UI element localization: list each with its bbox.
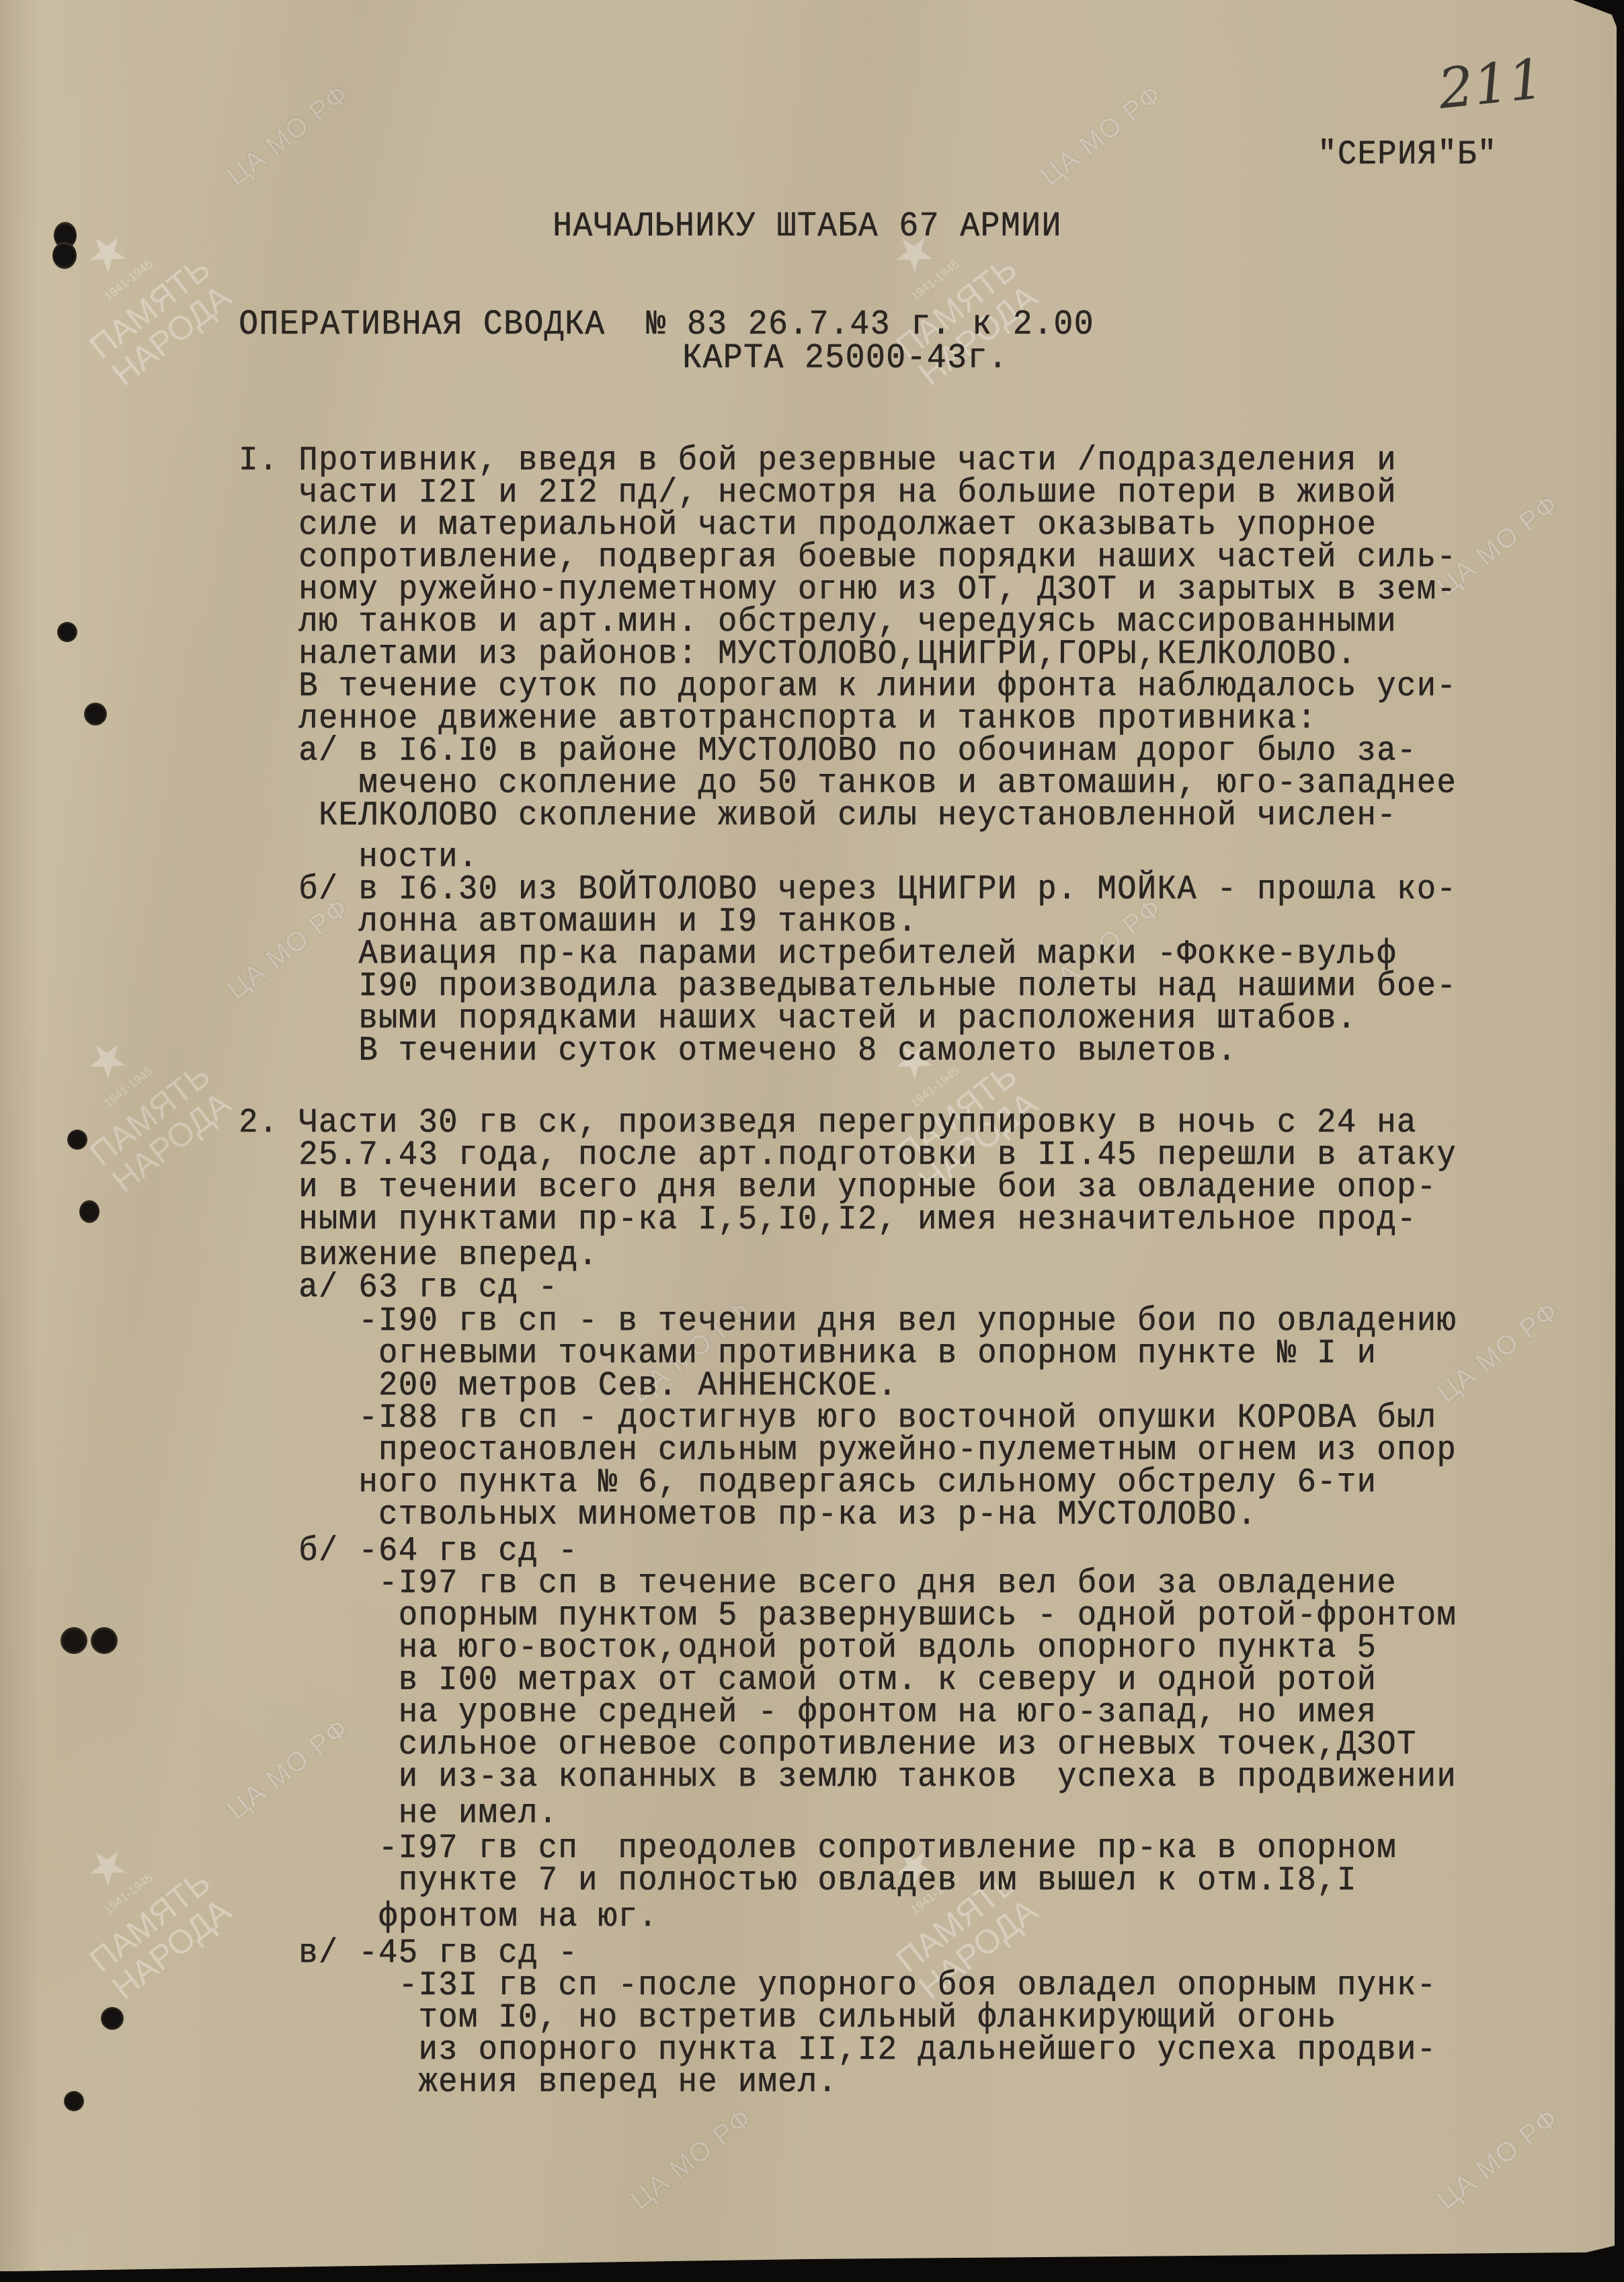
- watermark-archive: ЦА МО РФ: [1432, 2102, 1565, 2215]
- text-line: из опорного пункта II,I2 дальнейшего усп…: [239, 2033, 1436, 2068]
- text-line: ного пункта № 6, подвергаясь сильному об…: [239, 1466, 1377, 1500]
- text-line: -I90 гв сп - в течении дня вел упорные б…: [239, 1304, 1457, 1339]
- series-label: "СЕРИЯ"Б": [1317, 138, 1497, 172]
- text-line: сильное огневое сопротивление из огневых…: [239, 1728, 1417, 1762]
- text-line: в I00 метрах от самой отм. к северу и од…: [239, 1663, 1377, 1698]
- addressee: НАЧАЛЬНИКУ ШТАБА 67 АРМИИ: [553, 210, 1062, 244]
- binder-hole: [101, 2007, 124, 2030]
- text-line: а/ в I6.I0 в районе МУСТОЛОВО по обочина…: [239, 734, 1417, 769]
- text-line: огневыми точками противника в опорном пу…: [239, 1337, 1377, 1371]
- text-line: В течение суток по дорогам к линии фронт…: [239, 670, 1457, 704]
- binder-hole: [52, 242, 77, 269]
- text-line: жения вперед не имел.: [239, 2065, 838, 2100]
- text-line: 2. Части 30 гв ск, произведя перегруппир…: [239, 1106, 1417, 1140]
- watermark-memory: ★ 1941-1945 ПАМЯТЬ НАРОДА: [40, 1809, 238, 2006]
- text-line: опорным пунктом 5 развернувшись - одной …: [239, 1599, 1457, 1633]
- text-line: лю танков и арт.мин. обстрелу, чередуясь…: [239, 605, 1397, 639]
- text-line: и в течении всего дня вели упорные бои з…: [239, 1171, 1436, 1205]
- map-reference: КАРТА 25000-43г.: [682, 342, 1008, 376]
- text-line: КЕЛКОЛОВО скопление живой силы неустанов…: [239, 799, 1397, 833]
- text-line: фронтом на юг.: [239, 1900, 658, 1934]
- text-line: б/ -64 гв сд -: [239, 1534, 578, 1569]
- page-number-handwritten: 211: [1435, 47, 1547, 122]
- star-icon: ★: [40, 1809, 173, 1924]
- text-line: преостановлен сильным ружейно-пулеметным…: [239, 1433, 1457, 1468]
- report-title: ОПЕРАТИВНАЯ СВОДКА № 83 26.7.43 г. к 2.0…: [239, 308, 1094, 342]
- document-page: ЦА МО РФ ЦА МО РФ ЦА МО РФ ЦА МО РФ ЦА М…: [0, 0, 1617, 2271]
- star-icon: ★: [40, 1002, 173, 1117]
- text-line: а/ 63 гв сд -: [239, 1271, 558, 1305]
- binder-hole: [79, 1200, 99, 1223]
- text-line: б/ в I6.30 из ВОЙТОЛОВО через ЦНИГРИ р. …: [239, 873, 1457, 907]
- text-line: части I2I и 2I2 пд/, несмотря на большие…: [239, 476, 1397, 510]
- text-line: Авиация пр-ка парами истребителей марки …: [239, 937, 1397, 972]
- watermark-archive: ЦА МО РФ: [625, 2102, 758, 2215]
- text-line: силе и материальной части продолжает ока…: [239, 508, 1377, 543]
- text-line: на юго-восток,одной ротой вдоль опорного…: [239, 1631, 1377, 1665]
- text-line: в/ -45 гв сд -: [239, 1936, 578, 1971]
- text-line: и из-за копанных в землю танков успеха в…: [239, 1760, 1457, 1795]
- watermark-memory: ★ 1941-1945 ПАМЯТЬ НАРОДА: [40, 1002, 238, 1199]
- text-line: I. Противник, введя в бой резервные част…: [239, 444, 1397, 478]
- text-line: -I88 гв сп - достигнув юго восточной опу…: [239, 1401, 1436, 1435]
- text-line: сопротивление, подвергая боевые порядки …: [239, 541, 1457, 575]
- binder-hole: [84, 703, 107, 725]
- text-line: ности.: [239, 840, 478, 875]
- binder-hole: [57, 622, 77, 642]
- text-line: -I3I гв сп -после упорного боя овладел о…: [239, 1969, 1436, 2003]
- text-line: 200 метров Сев. АННЕНСКОЕ.: [239, 1369, 897, 1403]
- text-line: -I97 гв сп преодолев сопротивление пр-ка…: [239, 1832, 1397, 1866]
- text-line: налетами из районов: МУСТОЛОВО,ЦНИГРИ,ГО…: [239, 637, 1356, 672]
- binder-hole: [67, 1130, 87, 1150]
- text-line: не имел.: [239, 1797, 558, 1831]
- text-line: пункте 7 и полностью овладев им вышел к …: [239, 1864, 1356, 1898]
- text-line: ленное движение автотранспорта и танков …: [239, 702, 1317, 736]
- text-line: ствольных минометов пр-ка из р-на МУСТОЛ…: [239, 1498, 1257, 1532]
- text-line: лонна автомашин и I9 танков.: [239, 905, 918, 939]
- text-line: выми порядками наших частей и расположен…: [239, 1002, 1356, 1036]
- text-line: I90 производила разведывательные полеты …: [239, 970, 1457, 1004]
- watermark-archive: ЦА МО РФ: [222, 79, 355, 192]
- text-line: В течении суток отмечено 8 самолето выле…: [239, 1034, 1237, 1068]
- text-line: -I97 гв сп в течение всего дня вел бои з…: [239, 1567, 1397, 1601]
- text-line: ными пунктами пр-ка I,5,I0,I2, имея незн…: [239, 1203, 1417, 1237]
- text-line: том I0, но встретив сильный фланкирующий…: [239, 2001, 1337, 2035]
- watermark-archive: ЦА МО РФ: [1035, 79, 1168, 192]
- text-line: 25.7.43 года, после арт.подготовки в II.…: [239, 1138, 1457, 1173]
- binder-hole: [91, 1627, 118, 1654]
- text-line: вижение вперед.: [239, 1238, 598, 1273]
- binder-hole: [64, 2091, 84, 2111]
- text-line: ному ружейно-пулеметному огню из ОТ, ДЗО…: [239, 573, 1457, 607]
- text-line: на уровне средней - фронтом на юго-запад…: [239, 1696, 1377, 1730]
- binder-hole: [60, 1627, 87, 1654]
- text-line: мечено скопление до 50 танков и автомаши…: [239, 766, 1457, 801]
